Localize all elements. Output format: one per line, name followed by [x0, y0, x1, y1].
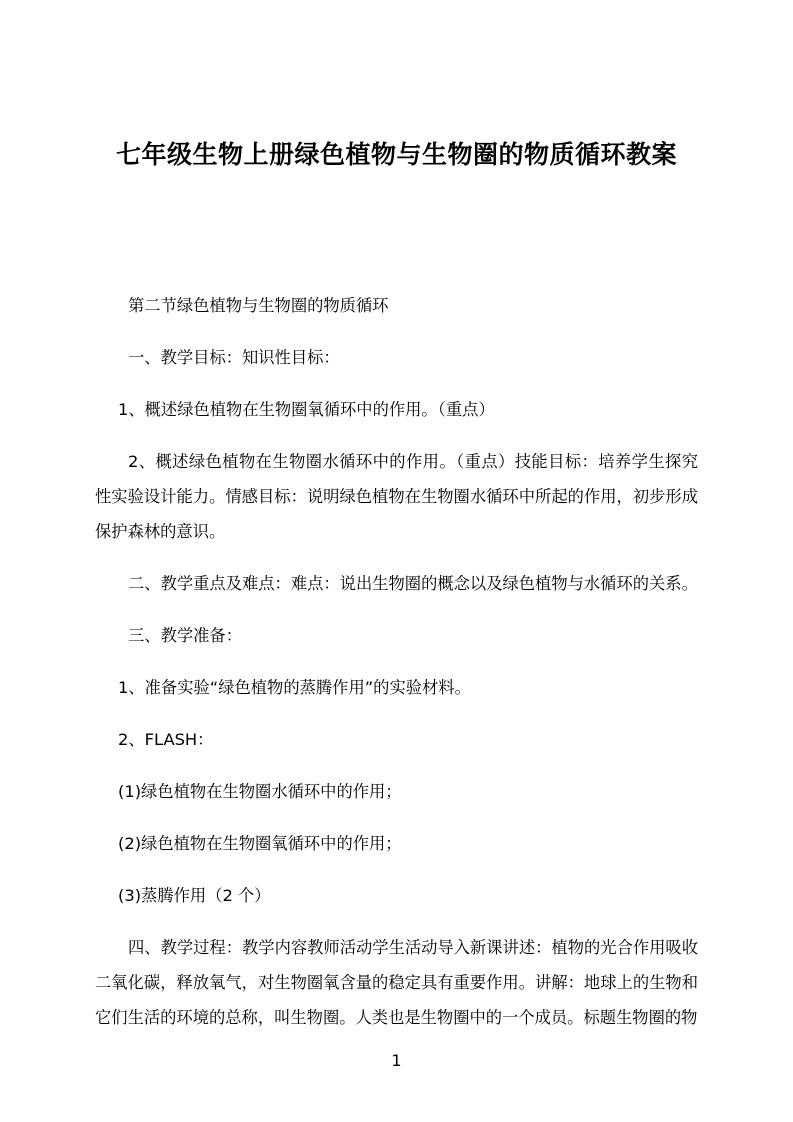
document-page: 七年级生物上册绿色植物与生物圈的物质循环教案 第二节绿色植物与生物圈的物质循环 …: [0, 0, 793, 1122]
paragraph: 2、概述绿色植物在生物圈水循环中的作用。（重点）技能目标：培养学生探究性实验设计…: [95, 444, 698, 549]
document-body: 第二节绿色植物与生物圈的物质循环 一、教学目标：知识性目标： 1、概述绿色植物在…: [95, 288, 698, 1052]
page-number: 1: [0, 1049, 793, 1073]
document-title: 七年级生物上册绿色植物与生物圈的物质循环教案: [0, 137, 793, 173]
paragraph: 1、概述绿色植物在生物圈氧循环中的作用。（重点）: [95, 392, 698, 427]
paragraph-section-title: 第二节绿色植物与生物圈的物质循环: [95, 288, 698, 323]
paragraph: 1、准备实验“绿色植物的蒸腾作用”的实验材料。: [95, 670, 698, 705]
paragraph-preparation: 三、教学准备：: [95, 618, 698, 653]
paragraph-teaching-process: 四、教学过程：教学内容教师活动学生活动导入新课讲述：植物的光合作用吸收二氧化碳，…: [95, 930, 698, 1035]
paragraph: (3)蒸腾作用（2 个）: [95, 878, 698, 913]
paragraph: (2)绿色植物在生物圈氧循环中的作用；: [95, 826, 698, 861]
paragraph-teaching-goals: 一、教学目标：知识性目标：: [95, 340, 698, 375]
paragraph: 2、FLASH：: [95, 722, 698, 757]
paragraph: (1)绿色植物在生物圈水循环中的作用；: [95, 774, 698, 809]
paragraph-key-points: 二、教学重点及难点：难点：说出生物圈的概念以及绿色植物与水循环的关系。: [95, 566, 698, 601]
